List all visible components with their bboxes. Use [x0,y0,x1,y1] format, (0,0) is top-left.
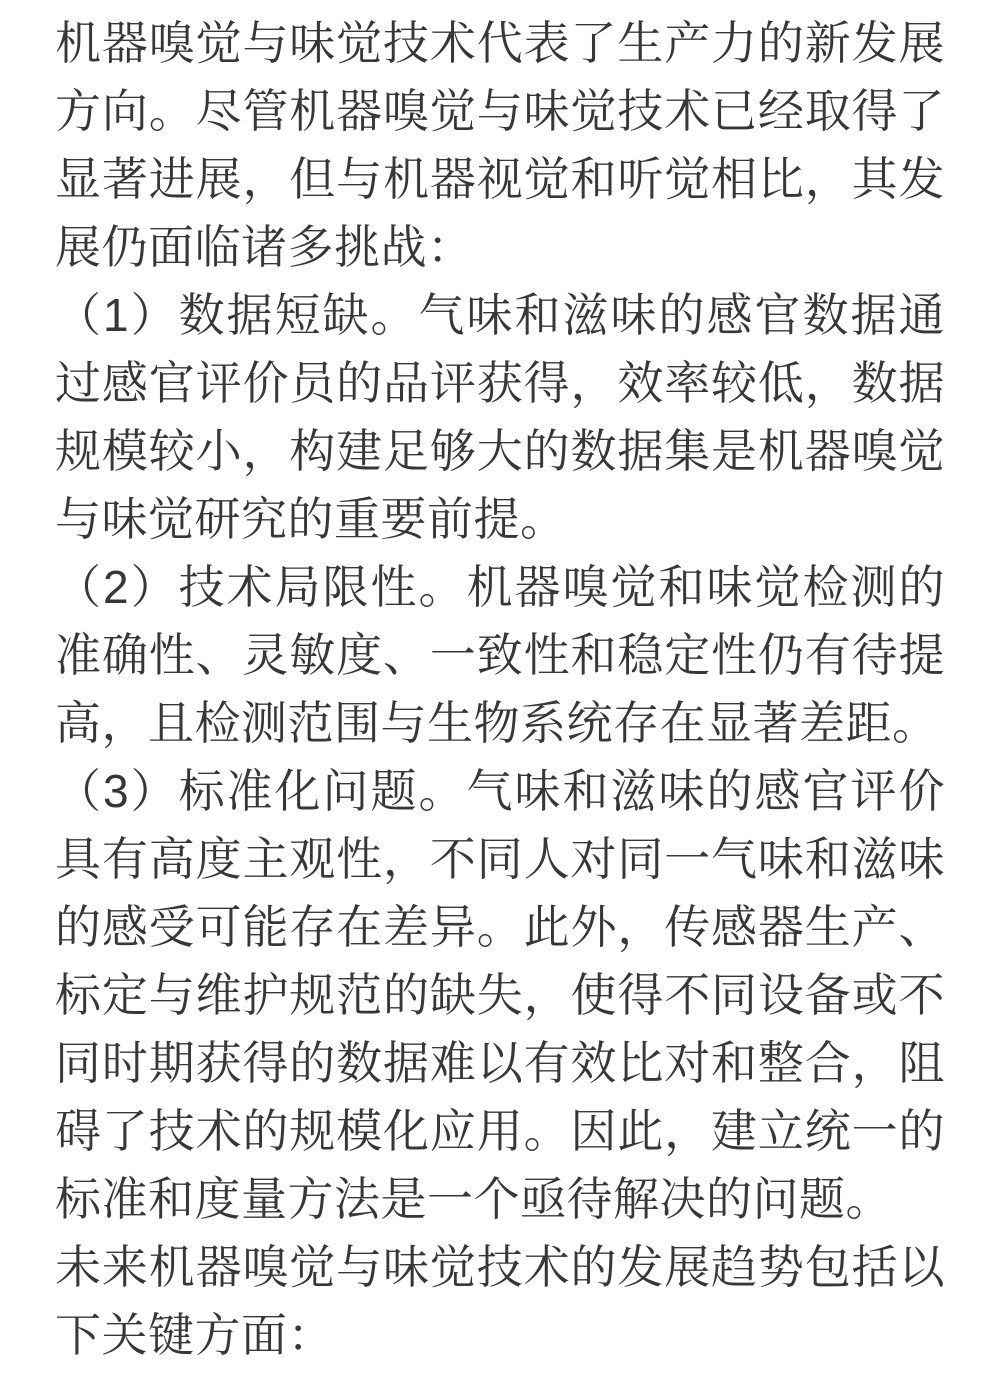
paragraph-challenge-1-data-shortage: （1）数据短缺。气味和滋味的感官数据通过感官评价员的品评获得，效率较低，数据规模… [55,281,945,553]
paragraph-intro: 机器嗅觉与味觉技术代表了生产力的新发展方向。尽管机器嗅觉与味觉技术已经取得了显著… [55,9,945,281]
paragraph-future-trends-lead-in: 未来机器嗅觉与味觉技术的发展趋势包括以下关键方面： [55,1233,945,1369]
paragraph-challenge-3-standardization: （3）标准化问题。气味和滋味的感官评价具有高度主观性，不同人对同一气味和滋味的感… [55,757,945,1233]
document-page: 机器嗅觉与味觉技术代表了生产力的新发展方向。尽管机器嗅觉与味觉技术已经取得了显著… [0,0,1000,1382]
paragraph-challenge-2-technical-limitations: （2）技术局限性。机器嗅觉和味觉检测的准确性、灵敏度、一致性和稳定性仍有待提高，… [55,553,945,757]
article-text: 机器嗅觉与味觉技术代表了生产力的新发展方向。尽管机器嗅觉与味觉技术已经取得了显著… [55,9,945,1369]
